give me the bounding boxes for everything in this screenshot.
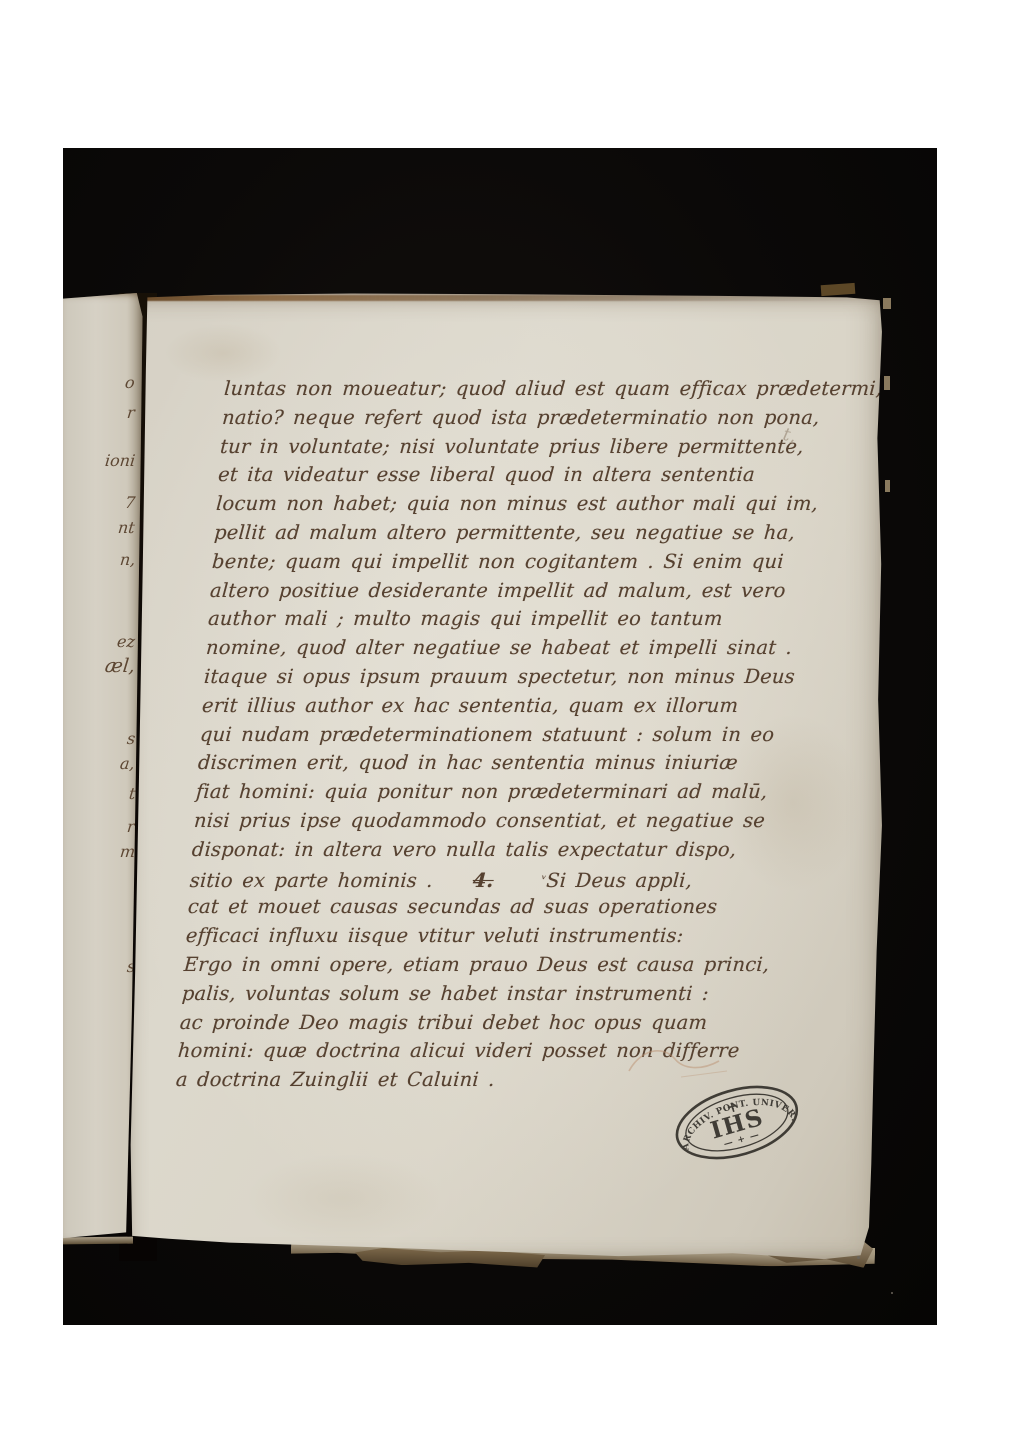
manuscript-line: tur in voluntate; nisi voluntate prius l… [219,433,861,462]
burnt-corner-nub [821,283,856,296]
facing-page-line-fragment: a, [120,756,136,772]
manuscript-line: fiat homini: quia ponitur non prædetermi… [195,778,837,807]
manuscript-line-with-deleted-numeral: sitio ex parte hominis .4.ᵛSi Deus appli… [189,865,831,894]
facing-page-line-fragment: t [128,786,136,802]
manuscript-line: discrimen erit, quod in hac sententia mi… [197,749,839,778]
manuscript-page: luntas non moueatur; quod aliud est quam… [123,293,885,1261]
manuscript-line: locum non habet; quia non minus est auth… [215,490,857,519]
manuscript-line: natio? neque refert quod ista prædetermi… [221,404,863,433]
manuscript-line: author mali ; multo magis qui impellit e… [207,605,849,634]
manuscript-line: efficaci influxu iisque vtitur veluti in… [185,922,827,951]
manuscript-line: nisi prius ipse quodammodo consentiat, e… [193,807,835,836]
behind-leaf-nub [883,298,891,309]
manuscript-line: disponat: in altera vero nulla talis exp… [191,836,833,865]
behind-leaf-nub [885,480,890,492]
facing-page-line-fragment: æl, [104,658,136,674]
manuscript-line: itaque si opus ipsum prauum spectetur, n… [203,663,845,692]
facing-page-line-fragment: s [126,731,136,747]
struck-numeral: 4. [472,867,495,896]
manuscript-line: Ergo in omni opere, etiam prauo Deus est… [183,951,825,980]
manuscript-line: luntas non moueatur; quod aliud est quam… [223,375,865,404]
dust-speck [857,1256,860,1259]
line-text: Si Deus appli, [546,869,693,892]
manuscript-text-block: luntas non moueatur; quod aliud est quam… [175,375,865,1095]
dust-speck [453,678,455,680]
facing-page-line-fragment: o [125,375,136,391]
photo-background: o r ioni 7 nt n, ez æl, s a, t r m s lun… [63,148,937,1325]
manuscript-line: bente; quam qui impellit non cogitantem … [211,548,853,577]
facing-page-line-fragment: 7 [124,495,136,511]
manuscript-line: qui nudam prædeterminationem statuunt : … [199,721,841,750]
manuscript-line: ac proinde Deo magis tribui debet hoc op… [179,1009,821,1038]
facing-page-bottom-edge [63,1237,133,1245]
facing-page-line-fragment: r [127,405,136,421]
paper-stain [243,1153,443,1243]
manuscript-line: palis, voluntas solum se habet instar in… [181,980,823,1009]
facing-page-line-fragment: m [119,844,136,860]
facing-page-line-fragment: ez [116,634,136,650]
manuscript-line: et ita videatur esse liberal quod in alt… [217,461,859,490]
manuscript-line: nomine, quod alter negatiue se habeat et… [205,634,847,663]
facing-page-line-fragment: r [127,819,136,835]
facing-page-line-fragment: ioni [104,453,136,469]
facing-page-line-fragment: nt [117,520,135,536]
manuscript-line: altero positiue desiderante impellit ad … [209,577,851,606]
facing-page-line-fragment: n, [119,552,136,568]
manuscript-line: cat et mouet causas secundas ad suas ope… [187,893,829,922]
line-text: sitio ex parte hominis . [189,869,434,892]
behind-leaf-nub [884,376,890,390]
dust-speck [891,1292,893,1294]
burnt-top-edge [134,295,873,301]
manuscript-line: erit illius author ex hac sententia, qua… [201,692,843,721]
manuscript-line: pellit ad malum altero permittente, seu … [213,519,855,548]
paper-stain [163,323,283,383]
